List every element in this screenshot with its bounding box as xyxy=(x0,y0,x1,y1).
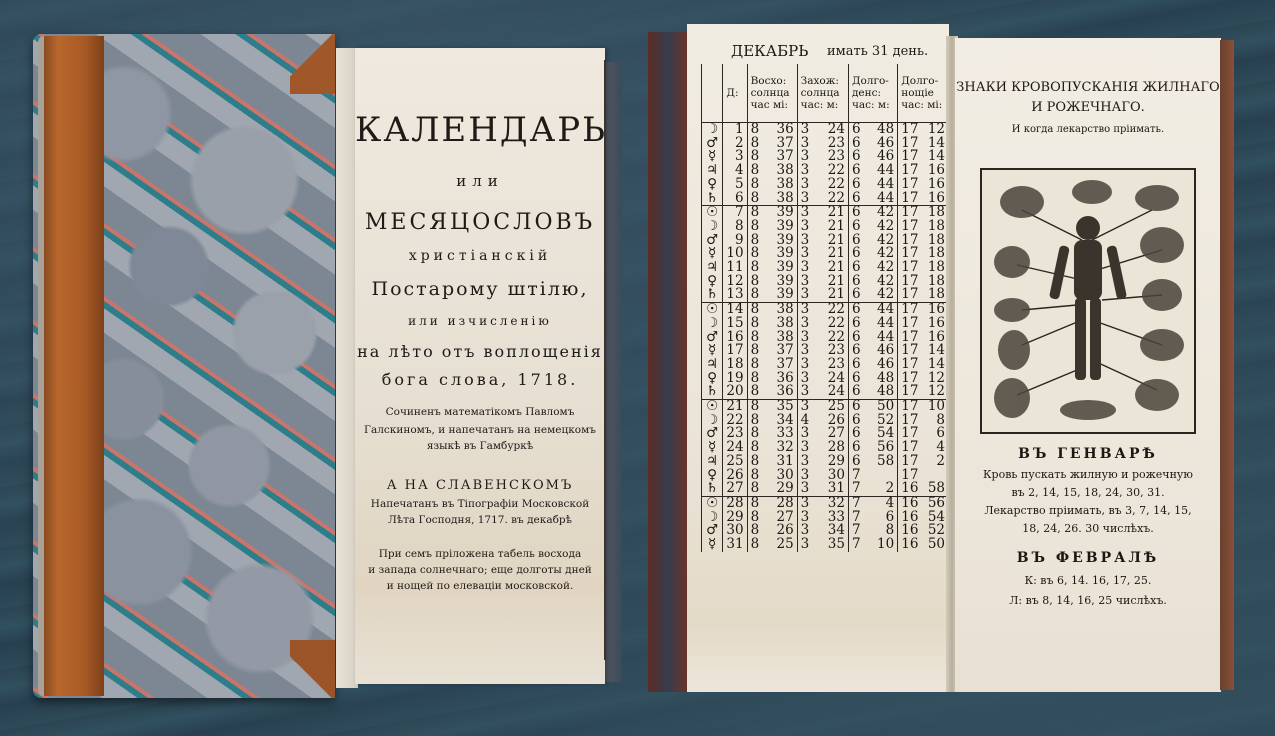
january-heading: ВЪ ГЕНВАРѢ xyxy=(955,446,1221,462)
january-line: 18, 24, 26. 30 числѣхъ. xyxy=(955,522,1221,535)
sunset-header: Захож: солнца час: м: xyxy=(797,64,848,123)
calendar-cell: 10 xyxy=(866,538,897,552)
sunrise-header: Восхо: солнца час мі: xyxy=(747,64,797,123)
calendar-cell: 50 xyxy=(922,538,948,552)
february-line: Л: въ 8, 14, 16, 25 числѣхъ. xyxy=(955,594,1221,607)
zodiac-page: ЗНАКИ КРОВОПУСКАНІЯ ЖИЛНАГО И РОЖЕЧНАГО.… xyxy=(955,38,1221,692)
calendar-cell: 25 xyxy=(765,538,797,552)
calendar-cell: 2 xyxy=(922,455,948,469)
february-line: К: въ 6, 14. 16, 17, 25. xyxy=(955,574,1221,587)
title-mesyatsoslov: МЕСЯЦОСЛОВЪ xyxy=(355,210,605,235)
leather-spine xyxy=(38,36,104,696)
note-line: При семъ пріложена табель восхода xyxy=(355,548,605,560)
title-year-line: бога слова, 1718. xyxy=(355,370,605,389)
author-line: языкѣ въ Гамбуркѣ xyxy=(355,440,605,452)
january-line: Лекарство пріимать, въ 3, 7, 14, 15, xyxy=(955,504,1221,517)
day-length-header: Долго- денс: час: м: xyxy=(848,64,897,123)
zodiac-man-woodcut xyxy=(980,168,1196,434)
title-page: КАЛЕНДАРЬ или МЕСЯЦОСЛОВЪ христіанскій П… xyxy=(355,48,605,684)
night-length-header: Долго- нощіе час: мі: xyxy=(898,64,949,123)
right-book-cover-edge xyxy=(648,32,688,692)
calendar-cell: 31 xyxy=(723,538,747,552)
weekday-planet-icon: ☿ xyxy=(702,538,723,552)
january-line: Кровь пускать жилную и рожечную xyxy=(955,468,1221,481)
calendar-cell: 58 xyxy=(866,455,897,469)
calendar-cell: 3 xyxy=(797,538,816,552)
calendar-cell: 8 xyxy=(747,538,765,552)
zodiac-subtitle: И когда лекарство пріимать. xyxy=(955,124,1221,135)
calendar-page: ДЕКАБРЬ имать 31 день. Д: Восхо: солнца … xyxy=(687,24,949,692)
right-book-back-edge xyxy=(1220,40,1234,690)
zodiac-title: И РОЖЕЧНАГО. xyxy=(955,100,1221,115)
day-header: Д: xyxy=(723,64,747,123)
zodiac-man-illustration xyxy=(982,170,1194,432)
note-line: и нощей по елеваціи московской. xyxy=(355,580,605,592)
month-heading: ДЕКАБРЬ xyxy=(731,42,808,60)
title-line: христіанскій xyxy=(355,248,605,264)
page-rule xyxy=(604,60,606,660)
author-line: Галскиномъ, и напечатанъ на немецкомъ xyxy=(355,424,605,436)
author-line: Сочиненъ математікомъ Павломъ xyxy=(355,406,605,418)
title-line: Постарому штілю, xyxy=(355,278,605,300)
imprint-line: Лѣта Господня, 1717. въ декабрѣ xyxy=(355,514,605,526)
calendar-cell: 7 xyxy=(848,538,866,552)
title-line: или xyxy=(355,172,605,190)
sun-table: Д: Восхо: солнца час мі: Захож: солнца ч… xyxy=(701,64,949,552)
calendar-row: ☿318253357101650 xyxy=(702,538,949,552)
leather-corner-top xyxy=(290,34,335,94)
title-line: на лѣто отъ воплощенія xyxy=(355,342,605,361)
calendar-cell: 16 xyxy=(898,538,922,552)
title-kalendar: КАЛЕНДАРЬ xyxy=(355,110,605,150)
january-line: въ 2, 14, 15, 18, 24, 30, 31. xyxy=(955,486,1221,499)
zodiac-title: ЗНАКИ КРОВОПУСКАНІЯ ЖИЛНАГО xyxy=(955,80,1221,95)
note-line: и запада солнечнаго; еще долготы дней xyxy=(355,564,605,576)
month-days-note: имать 31 день. xyxy=(827,44,928,59)
imprint-line: Напечатанъ въ Тіпографіи Московской xyxy=(355,498,605,510)
leather-corner-bottom xyxy=(290,640,335,698)
title-line: или изчисленію xyxy=(355,314,605,328)
february-heading: ВЪ ФЕВРАЛѢ xyxy=(955,550,1221,566)
weekday-symbol-header xyxy=(702,64,723,123)
calendar-cell: 35 xyxy=(816,538,849,552)
imprint-heading: А НА СЛАВЕНСКОМЪ xyxy=(355,478,605,493)
